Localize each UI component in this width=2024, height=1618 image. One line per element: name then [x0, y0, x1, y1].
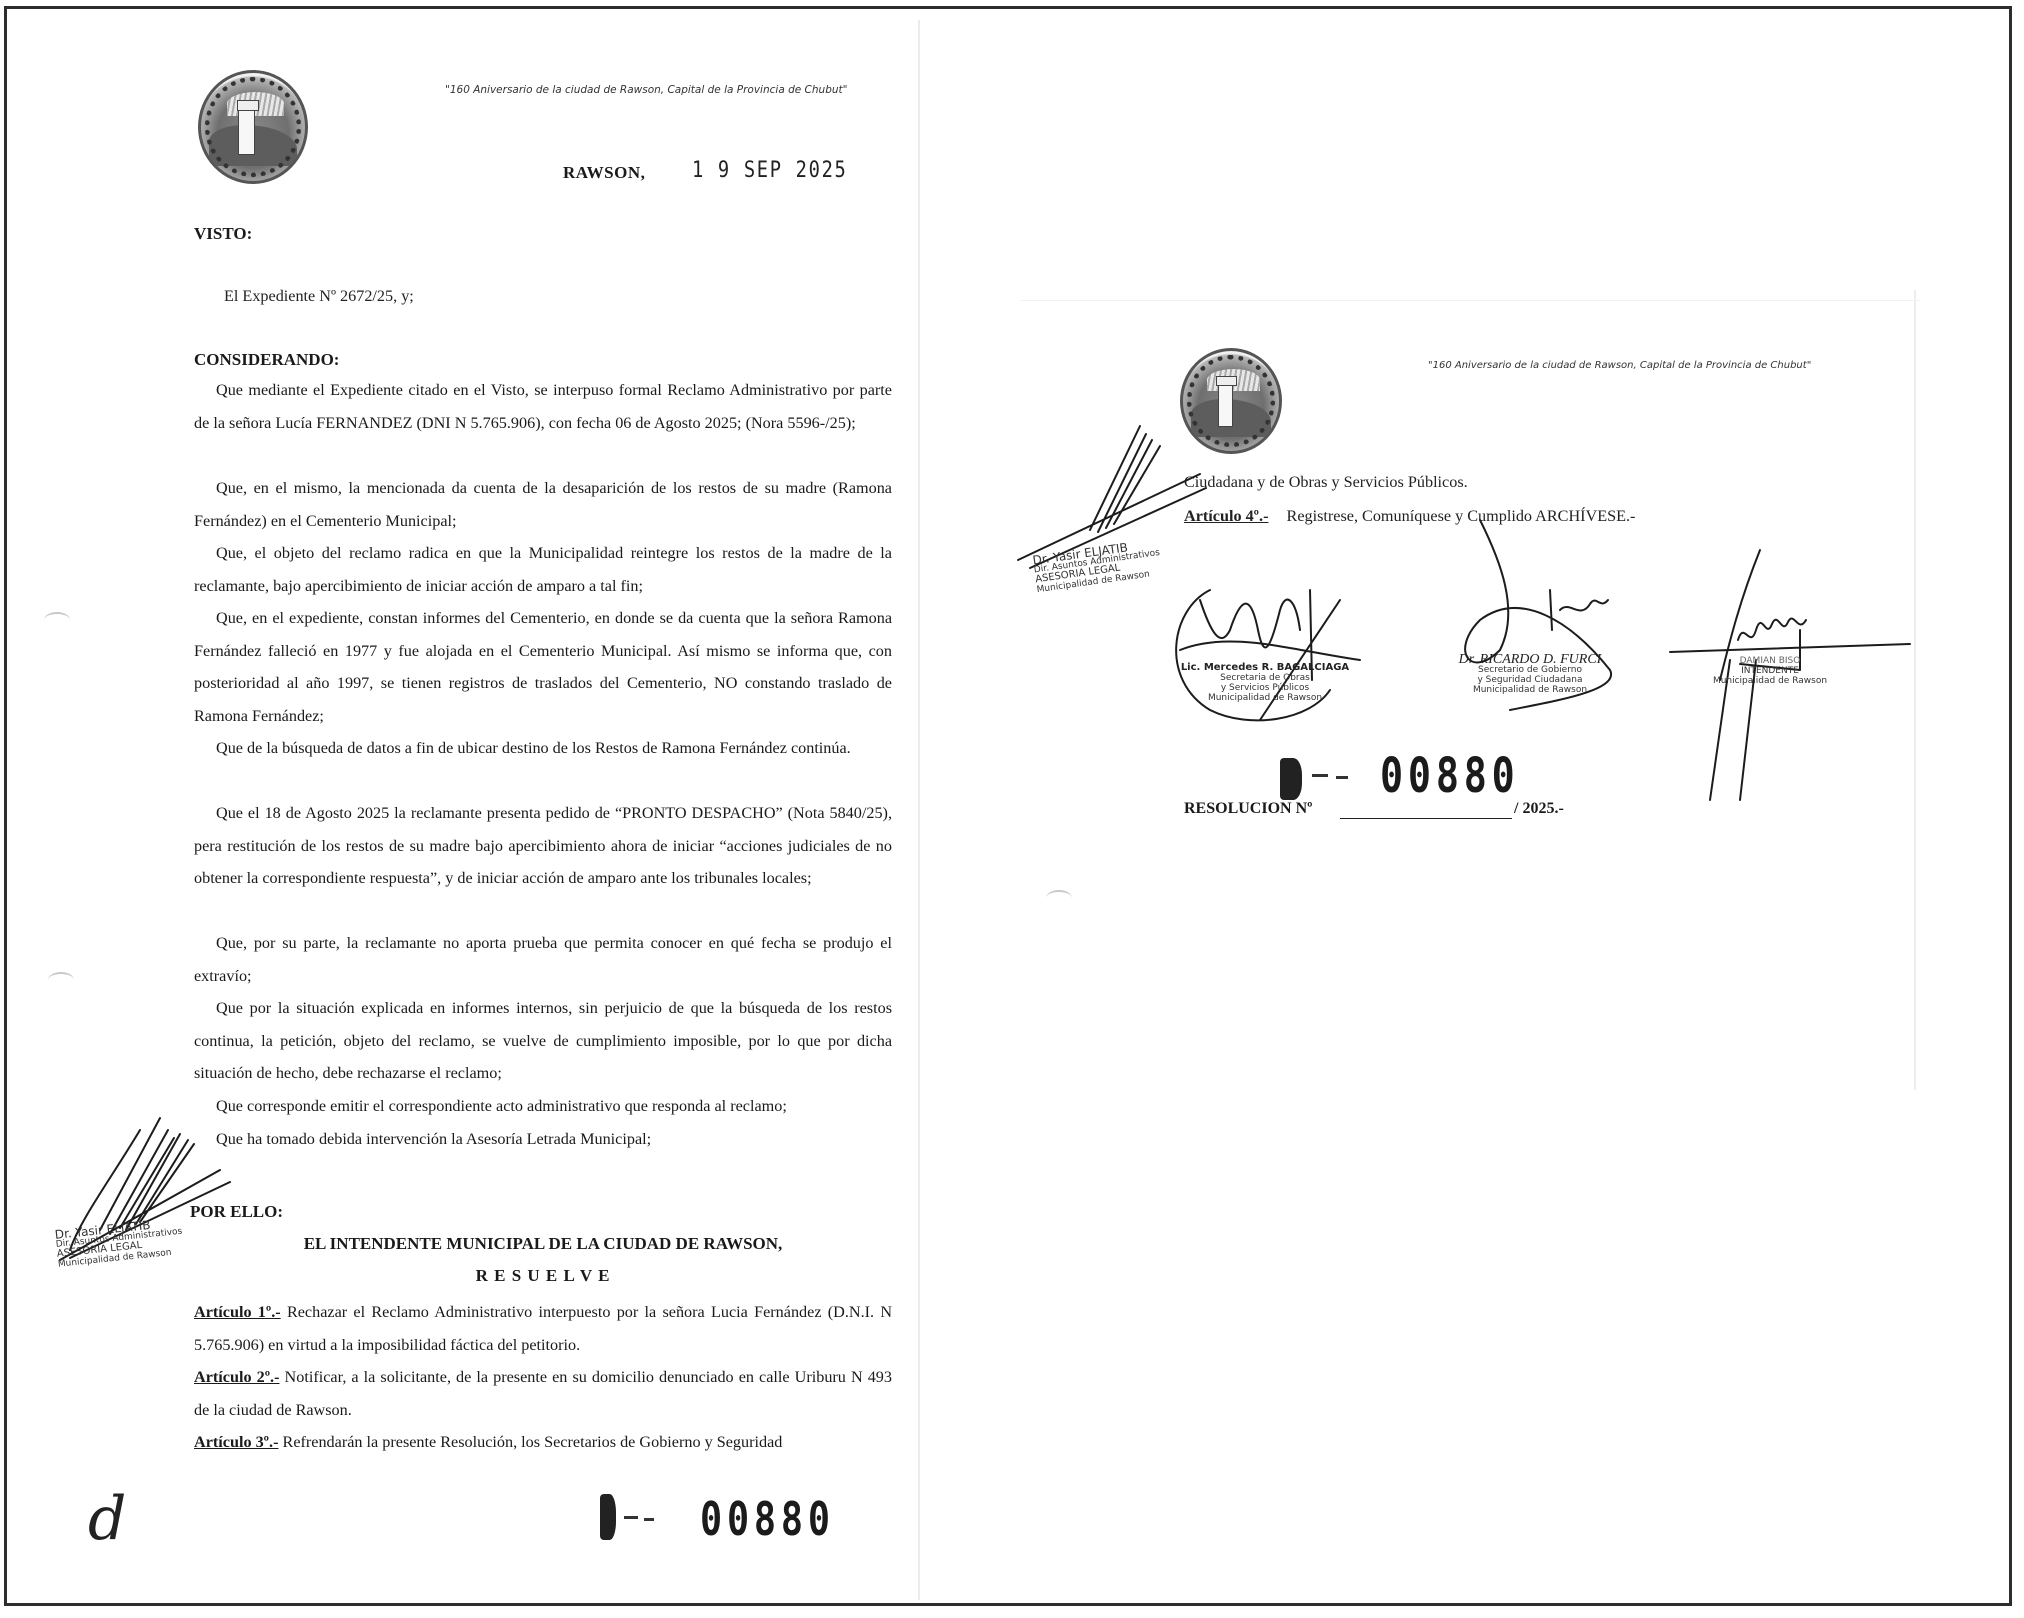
punch-hole-mark — [1046, 890, 1072, 906]
visto-heading: VISTO: — [194, 224, 252, 244]
resolution-number-line — [1340, 818, 1512, 819]
resolution-year: / 2025.- — [1514, 800, 1564, 818]
considerando-paragraph: Que mediante el Expediente citado en el … — [194, 374, 892, 439]
signatory-municipality: Municipalidad de Rawson — [1700, 676, 1840, 686]
paragraph-text: Que, por su parte, la reclamante no apor… — [194, 934, 892, 985]
date-stamp: 1 9 SEP 2025 — [692, 158, 848, 183]
signatory-role: INTENDENTE — [1700, 666, 1840, 676]
considerando-paragraph: Que corresponde emitir el correspondient… — [194, 1090, 892, 1123]
considerando-heading: CONSIDERANDO: — [194, 350, 339, 370]
article-2-text: Notificar, a la solicitante, de la prese… — [194, 1368, 892, 1419]
paragraph-text: Que por la situación explicada en inform… — [194, 999, 892, 1082]
signatory-municipality: Municipalidad de Rawson — [1180, 693, 1350, 703]
stamp-dash — [624, 1516, 638, 1519]
page2-top-edge — [1020, 300, 1920, 301]
considerando-paragraph: Que, el objeto del reclamo radica en que… — [194, 537, 892, 602]
resuelve-heading: R E S U E L V E — [194, 1266, 892, 1286]
punch-hole-mark — [44, 612, 70, 628]
article-2: Artículo 2º.- Notificar, a la solicitant… — [194, 1361, 892, 1426]
resolution-label: RESOLUCION Nº — [1184, 800, 1312, 818]
paragraph-text: Que ha tomado debida intervención la Ase… — [216, 1130, 651, 1148]
signatory-name: Lic. Mercedes R. BAGALCIAGA — [1180, 663, 1350, 673]
signatory-name: Dr. RICARDO D. FURCI — [1440, 655, 1620, 665]
considerando-paragraph: Que por la situación explicada en inform… — [194, 992, 892, 1090]
article-3-text: Refrendarán la presente Resolución, los … — [278, 1433, 782, 1451]
considerando-paragraph: Que el 18 de Agosto 2025 la reclamante p… — [194, 797, 892, 895]
stamp-dash — [1312, 774, 1328, 777]
signatory-role: Secretaria de Obras — [1180, 673, 1350, 683]
stamp-dash — [1336, 776, 1348, 779]
article-2-label: Artículo 2º.- — [194, 1368, 279, 1386]
article-1-text: Rechazar el Reclamo Administrativo inter… — [194, 1303, 892, 1354]
page-divider — [918, 20, 920, 1600]
signatory-biso: DAMIAN BISO INTENDENTE Municipalidad de … — [1700, 656, 1840, 686]
resolution-number-stamp: 00880 — [700, 1492, 835, 1546]
punch-hole-mark — [48, 972, 74, 988]
stamp-mark-icon — [1280, 758, 1302, 800]
considerando-paragraph: Que, en el mismo, la mencionada da cuent… — [194, 472, 892, 537]
municipality-seal-icon — [198, 70, 308, 184]
considerando-paragraph: Que, en el expediente, constan informes … — [194, 602, 892, 732]
article-1: Artículo 1º.- Rechazar el Reclamo Admini… — [194, 1296, 892, 1361]
signatory-furci: Dr. RICARDO D. FURCI Secretario de Gobie… — [1440, 655, 1620, 695]
paragraph-text: Que mediante el Expediente citado en el … — [194, 381, 892, 432]
article-3-label: Artículo 3º.- — [194, 1433, 278, 1451]
resolution-number-stamp: 00880 — [1380, 748, 1520, 804]
anniversary-motto: "160 Aniversario de la ciudad de Rawson,… — [1428, 360, 1811, 371]
paragraph-text: Que, en el expediente, constan informes … — [194, 609, 892, 725]
signature-scribble-bagalciaga — [1140, 570, 1400, 740]
visto-text: El Expediente Nº 2672/25, y; — [224, 280, 414, 313]
considerando-paragraph: Que de la búsqueda de datos a fin de ubi… — [194, 732, 892, 765]
signatory-bagalciaga: Lic. Mercedes R. BAGALCIAGA Secretaria d… — [1180, 663, 1350, 703]
paragraph-text: Que el 18 de Agosto 2025 la reclamante p… — [194, 804, 892, 887]
stamp-mark-icon — [600, 1494, 616, 1540]
paragraph-text: Que de la búsqueda de datos a fin de ubi… — [216, 739, 851, 757]
considerando-paragraph: Que ha tomado debida intervención la Ase… — [194, 1123, 892, 1156]
handwritten-initial: d — [88, 1484, 126, 1554]
anniversary-motto: "160 Aniversario de la ciudad de Rawson,… — [445, 84, 847, 96]
article-1-label: Artículo 1º.- — [194, 1303, 281, 1321]
signatory-municipality: Municipalidad de Rawson — [1440, 685, 1620, 695]
paragraph-text: Que, en el mismo, la mencionada da cuent… — [194, 479, 892, 530]
continuation-text: Ciudadana y de Obras y Servicios Público… — [1184, 466, 1468, 499]
signatory-role: y Servicios Públicos — [1180, 683, 1350, 693]
signatory-role: y Seguridad Ciudadana — [1440, 675, 1620, 685]
signatory-name: DAMIAN BISO — [1700, 656, 1840, 666]
considerando-paragraph: Que, por su parte, la reclamante no apor… — [194, 927, 892, 992]
authority-heading: EL INTENDENTE MUNICIPAL DE LA CIUDAD DE … — [194, 1234, 892, 1254]
place-label: RAWSON, — [563, 163, 645, 183]
paragraph-text: Que corresponde emitir el correspondient… — [216, 1097, 787, 1115]
article-3: Artículo 3º.- Refrendarán la presente Re… — [194, 1426, 892, 1459]
paragraph-text: Que, el objeto del reclamo radica en que… — [194, 544, 892, 595]
stamp-dash — [644, 1518, 654, 1521]
